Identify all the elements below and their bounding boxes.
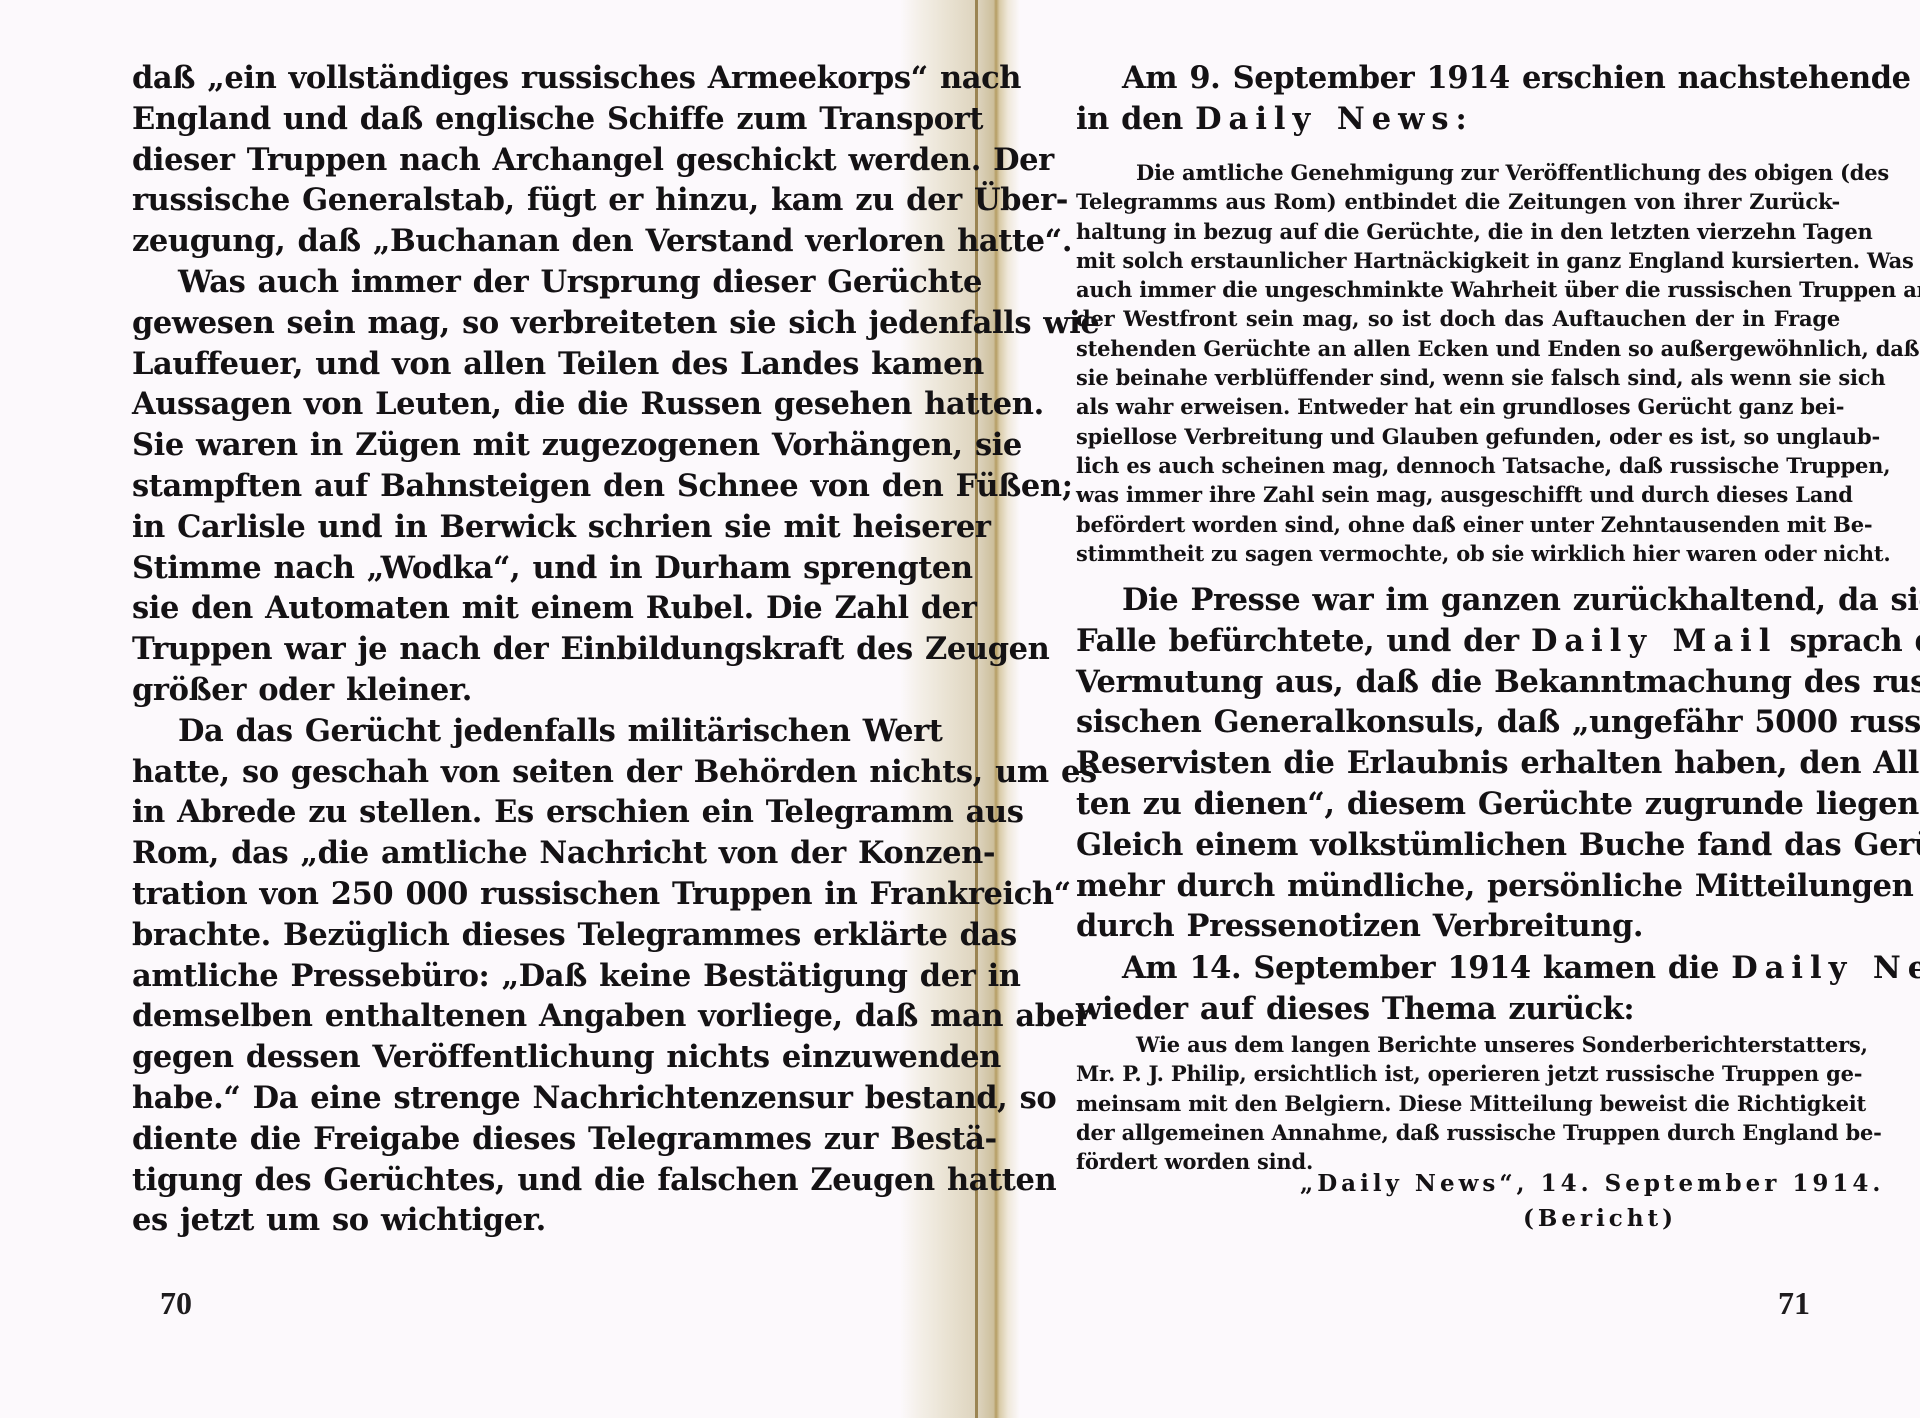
quote-line: befördert worden sind, ohne daß einer un… xyxy=(1076,510,1840,539)
text-line: wieder auf dieses Thema zurück: xyxy=(1076,989,1840,1030)
text-fragment: in den xyxy=(1076,101,1195,137)
text-line: mehr durch mündliche, persönliche Mittei… xyxy=(1076,866,1840,907)
text-line: Stimme nach „Wodka“, und in Durham spren… xyxy=(132,548,896,589)
text-line: Rom, das „die amtliche Nachricht von der… xyxy=(132,833,896,874)
text-fragment: : xyxy=(1456,101,1467,137)
text-line: diente die Freigabe dieses Telegrammes z… xyxy=(132,1119,896,1160)
text-line: es jetzt um so wichtiger. xyxy=(132,1200,896,1241)
text-line: Truppen war je nach der Einbildungskraft… xyxy=(132,629,896,670)
paragraph-start: Am 14. September 1914 kamen die Daily Ne… xyxy=(1076,948,1840,989)
text-fragment: Am 14. September 1914 kamen die xyxy=(1122,950,1731,986)
text-line: dieser Truppen nach Archangel geschickt … xyxy=(132,140,896,181)
text-line: Lauffeuer, und von allen Teilen des Land… xyxy=(132,344,896,385)
quote-line: Wie aus dem langen Berichte unseres Sond… xyxy=(1076,1030,1840,1059)
newspaper-name: Daily News xyxy=(1731,950,1920,986)
quote-line: stehenden Gerüchte an allen Ecken und En… xyxy=(1076,334,1840,363)
source-type: (Bericht) xyxy=(1523,1205,1677,1232)
quote-line: sie beinahe verblüffender sind, wenn sie… xyxy=(1076,363,1840,392)
newspaper-name: Daily Mail xyxy=(1531,623,1777,659)
quote-line: lich es auch scheinen mag, dennoch Tatsa… xyxy=(1076,451,1840,480)
text-line: gegen dessen Veröffentlichung nichts ein… xyxy=(132,1037,896,1078)
left-page: daß „ein vollständiges russisches Armeek… xyxy=(0,0,950,1418)
text-line: in den Daily News: xyxy=(1076,99,1840,140)
text-line: England und daß englische Schiffe zum Tr… xyxy=(132,99,896,140)
quotation-block-1: Die amtliche Genehmigung zur Veröffentli… xyxy=(1076,158,1840,568)
text-line: sie den Automaten mit einem Rubel. Die Z… xyxy=(132,588,896,629)
text-line: Vermutung aus, daß die Bekanntmachung de… xyxy=(1076,662,1840,703)
paragraph-start: Was auch immer der Ursprung dieser Gerüc… xyxy=(132,262,896,303)
text-line: tration von 250 000 russischen Truppen i… xyxy=(132,874,896,915)
quote-line: Telegramms aus Rom) entbindet die Zeitun… xyxy=(1076,187,1840,216)
text-line: sischen Generalkonsuls, daß „ungefähr 50… xyxy=(1076,702,1840,743)
paragraph-start: Am 9. September 1914 erschien nachstehen… xyxy=(1076,58,1840,99)
book-spread: daß „ein vollständiges russisches Armeek… xyxy=(0,0,1920,1418)
quote-line: der allgemeinen Annahme, daß russische T… xyxy=(1076,1118,1840,1147)
quote-line: auch immer die ungeschminkte Wahrheit üb… xyxy=(1076,275,1840,304)
quote-line: stimmtheit zu sagen vermochte, ob sie wi… xyxy=(1076,539,1840,568)
text-line: in Carlisle und in Berwick schrien sie m… xyxy=(132,507,896,548)
text-line: brachte. Bezüglich dieses Telegrammes er… xyxy=(132,915,896,956)
text-line: stampften auf Bahnsteigen den Schnee von… xyxy=(132,466,896,507)
quote-line: der Westfront sein mag, so ist doch das … xyxy=(1076,304,1840,333)
right-page: Am 9. September 1914 erschien nachstehen… xyxy=(1000,0,1920,1418)
paragraph-start: Die Presse war im ganzen zurückhaltend, … xyxy=(1076,580,1840,621)
paragraph-start: Da das Gerücht jedenfalls militärischen … xyxy=(132,711,896,752)
page-number-right: 71 xyxy=(1778,1285,1810,1322)
text-line: ten zu dienen“, diesem Gerüchte zugrunde… xyxy=(1076,784,1840,825)
quote-line: als wahr erweisen. Entweder hat ein grun… xyxy=(1076,392,1840,421)
text-line: größer oder kleiner. xyxy=(132,670,896,711)
intro-paragraph-1: Am 9. September 1914 erschien nachstehen… xyxy=(1076,58,1840,140)
page-number-left: 70 xyxy=(160,1285,192,1322)
text-line: zeugung, daß „Buchanan den Verstand verl… xyxy=(132,221,896,262)
text-line: Falle befürchtete, und der Daily Mail sp… xyxy=(1076,621,1840,662)
newspaper-name: Daily News xyxy=(1195,101,1455,137)
text-line: hatte, so geschah von seiten der Behörde… xyxy=(132,752,896,793)
text-line: durch Pressenotizen Verbreitung. xyxy=(1076,906,1840,947)
quote-line: Die amtliche Genehmigung zur Veröffentli… xyxy=(1076,158,1840,187)
left-page-body: daß „ein vollständiges russisches Armeek… xyxy=(132,58,896,1241)
text-line: gewesen sein mag, so verbreiteten sie si… xyxy=(132,303,896,344)
text-line: Aussagen von Leuten, die die Russen gese… xyxy=(132,384,896,425)
paragraph-press: Die Presse war im ganzen zurückhaltend, … xyxy=(1076,580,1840,947)
intro-paragraph-2: Am 14. September 1914 kamen die Daily Ne… xyxy=(1076,948,1840,1030)
text-line: tigung des Gerüchtes, und die falschen Z… xyxy=(132,1160,896,1201)
quote-line: mit solch erstaunlicher Hartnäckigkeit i… xyxy=(1076,246,1840,275)
text-line: daß „ein vollständiges russisches Armeek… xyxy=(132,58,896,99)
text-line: Reservisten die Erlaubnis erhalten haben… xyxy=(1076,743,1840,784)
quote-line: meinsam mit den Belgiern. Diese Mitteilu… xyxy=(1076,1089,1840,1118)
text-line: in Abrede zu stellen. Es erschien ein Te… xyxy=(132,792,896,833)
text-line: demselben enthaltenen Angaben vorliege, … xyxy=(132,996,896,1037)
source-citation: „Daily News“, 14. September 1914. xyxy=(1300,1170,1884,1197)
quote-line: haltung in bezug auf die Gerüchte, die i… xyxy=(1076,217,1840,246)
text-line: russische Generalstab, fügt er hinzu, ka… xyxy=(132,180,896,221)
text-fragment: sprach die xyxy=(1777,623,1920,659)
text-line: Gleich einem volkstümlichen Buche fand d… xyxy=(1076,825,1840,866)
text-line: amtliche Pressebüro: „Daß keine Bestätig… xyxy=(132,956,896,997)
quote-line: spiellose Verbreitung und Glauben gefund… xyxy=(1076,422,1840,451)
quote-line: was immer ihre Zahl sein mag, ausgeschif… xyxy=(1076,480,1840,509)
text-fragment: Falle befürchtete, und der xyxy=(1076,623,1531,659)
quotation-block-2: Wie aus dem langen Berichte unseres Sond… xyxy=(1076,1030,1840,1176)
text-line: Sie waren in Zügen mit zugezogenen Vorhä… xyxy=(132,425,896,466)
quote-line: Mr. P. J. Philip, ersichtlich ist, operi… xyxy=(1076,1059,1840,1088)
text-line: habe.“ Da eine strenge Nachrichtenzensur… xyxy=(132,1078,896,1119)
